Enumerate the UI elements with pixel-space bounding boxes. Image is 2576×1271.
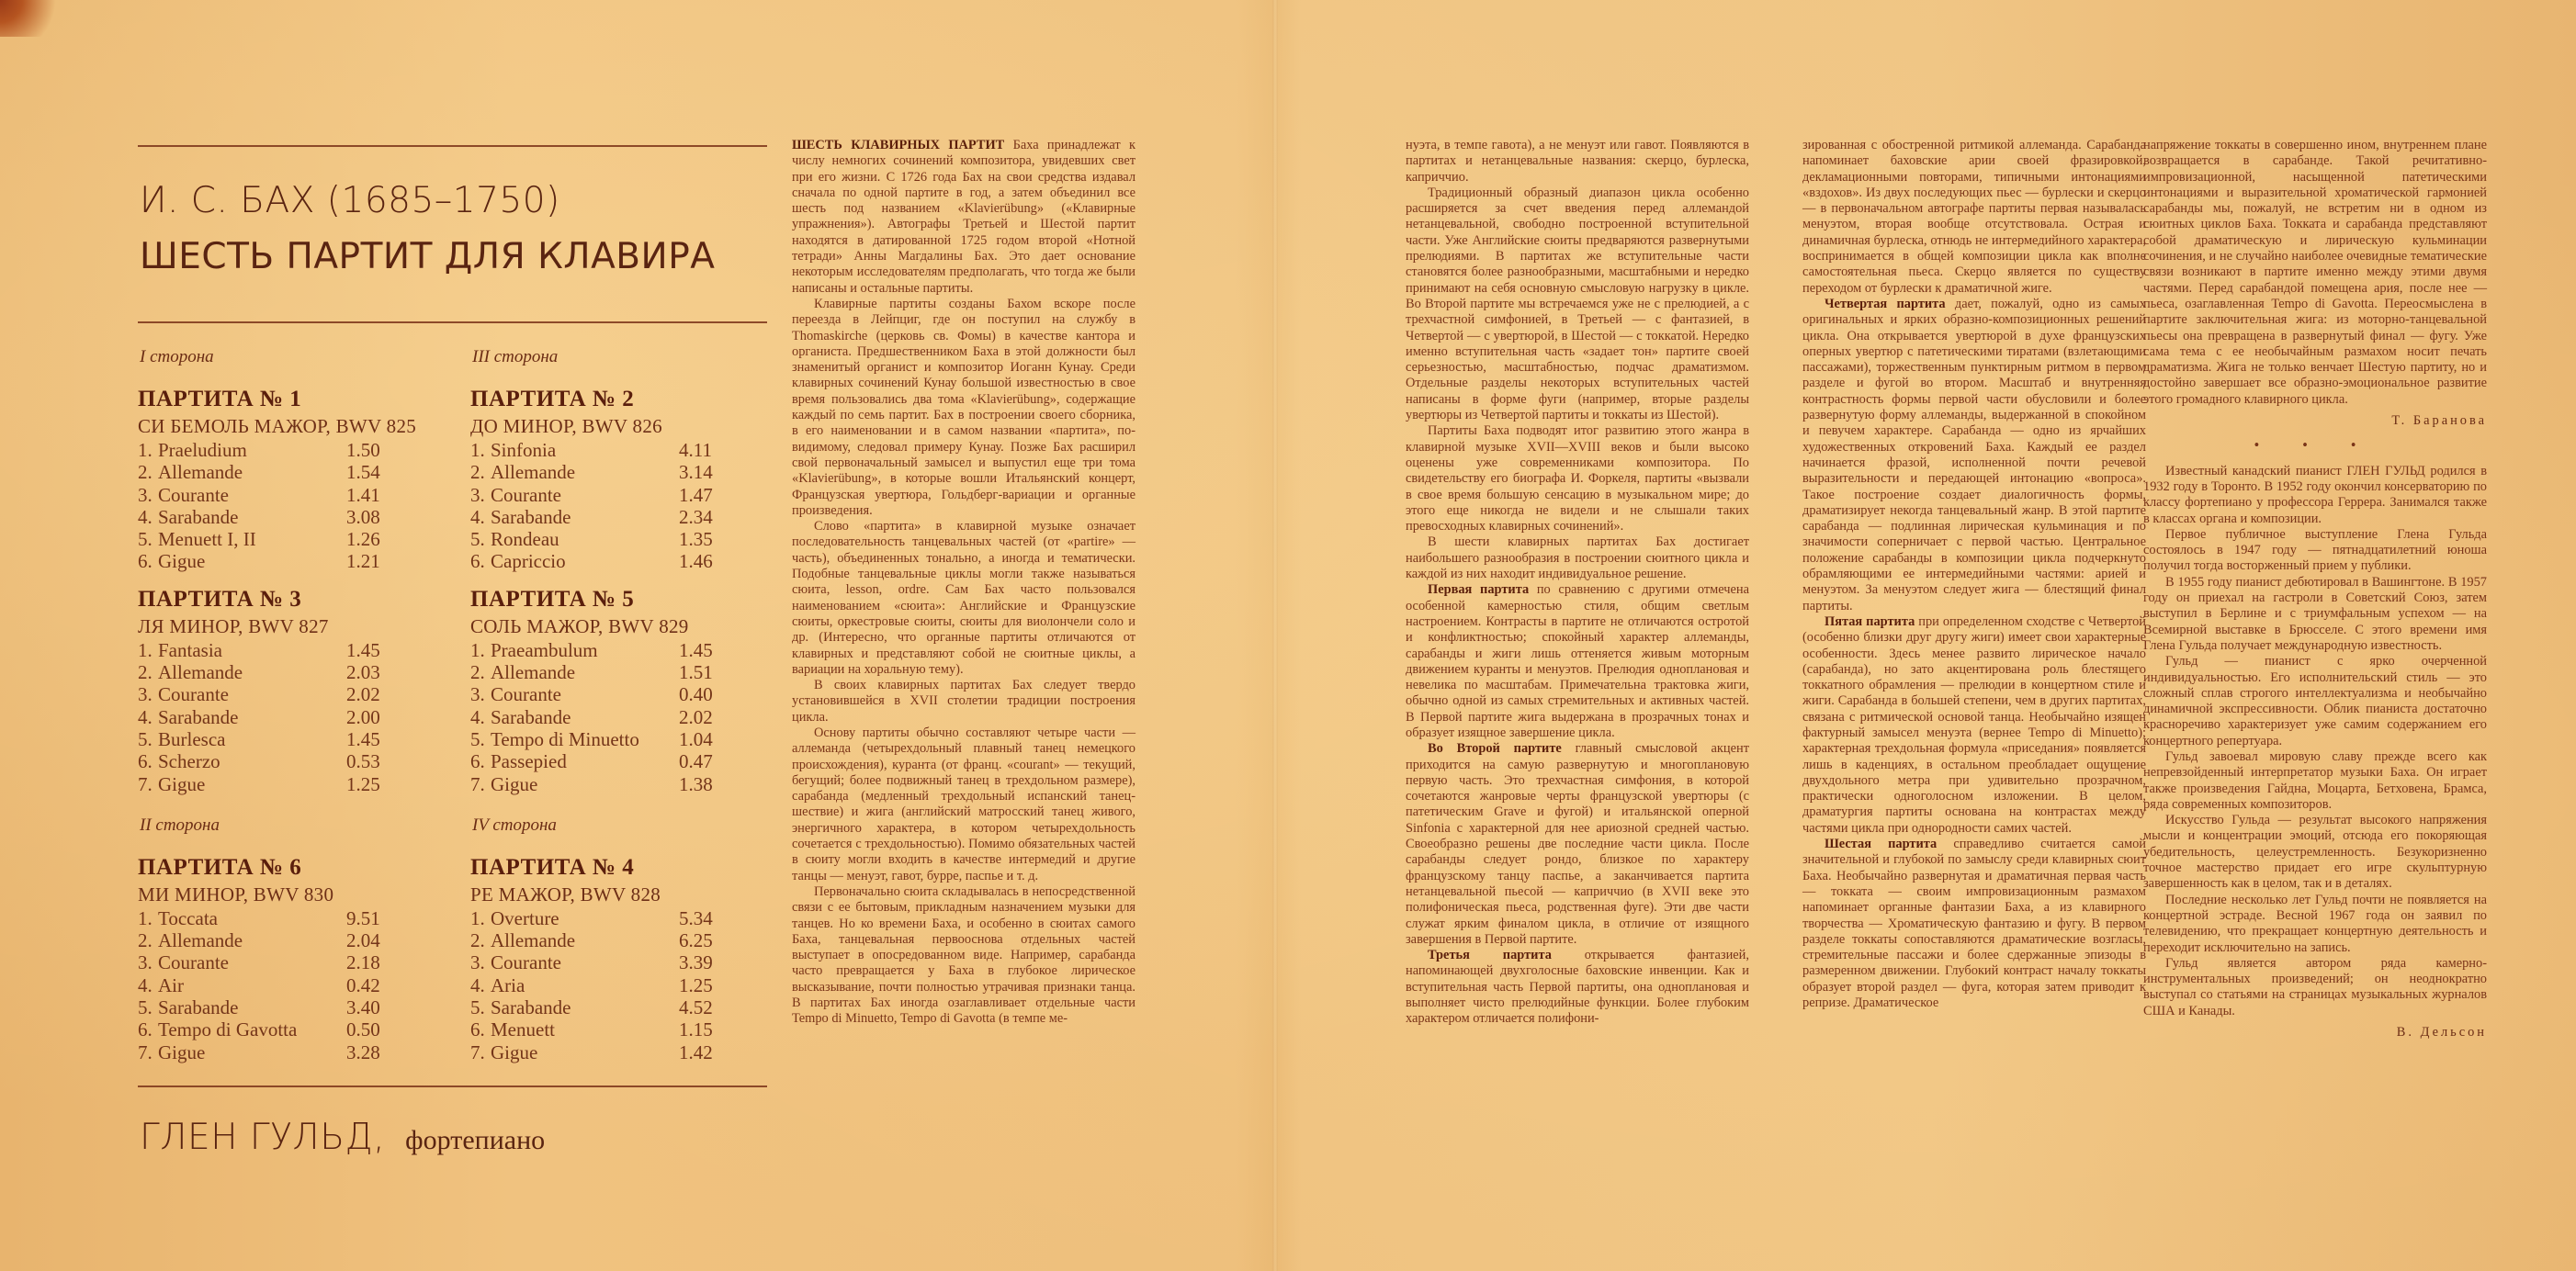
track-number: 2.	[138, 661, 158, 683]
track-row: 1.Toccata9.51	[138, 907, 470, 929]
track-number: 2.	[470, 661, 491, 683]
track-row: 4.Aria1.25	[470, 974, 767, 996]
paragraph-text: В шести клавирных партитах Бах достигает…	[1406, 534, 1749, 581]
track-title: Courante	[491, 484, 679, 506]
track-number: 2.	[470, 929, 491, 951]
track-row: 3.Courante1.47	[470, 484, 767, 506]
track-number: 6.	[470, 750, 491, 772]
paragraph-text: Традиционный образный диапазон цикла осо…	[1406, 186, 1749, 422]
track-title: Sarabande	[491, 996, 679, 1018]
track-title: Menuett	[491, 1018, 679, 1040]
track-number: 7.	[138, 773, 158, 795]
paragraph-text: Основу партиты обычно составляют четыре …	[792, 725, 1135, 883]
track-title: Allemande	[158, 929, 346, 951]
paragraph: Четвертая партита дает, пожалуй, одно из…	[1802, 297, 2146, 614]
paragraph: Гульд — пианист с ярко очерченной индиви…	[2143, 654, 2487, 749]
track-number: 3.	[470, 484, 491, 506]
track-row: 3.Courante2.02	[138, 683, 470, 705]
track-number: 4.	[138, 506, 158, 528]
track-row: 2.Allemande6.25	[470, 929, 767, 951]
track-number: 6.	[138, 550, 158, 572]
track-duration: 2.34	[679, 506, 743, 528]
track-row: 5.Menuett I, II1.26	[138, 528, 470, 550]
track-duration: 4.52	[679, 996, 743, 1018]
track-title: Allemande	[491, 461, 679, 483]
paragraph-lead: Третья партита	[1428, 948, 1552, 962]
track-duration: 2.00	[346, 706, 411, 728]
paragraph: ШЕСТЬ КЛАВИРНЫХ ПАРТИТ Баха принадлежат …	[792, 138, 1135, 297]
track-number: 5.	[470, 728, 491, 750]
paragraph-text: Гульд является автором ряда камерно-инст…	[2143, 956, 2487, 1018]
track-duration: 1.46	[679, 550, 743, 572]
partita-key: ЛЯ МИНОР, BWV 827	[138, 613, 470, 639]
track-number: 5.	[138, 996, 158, 1018]
track-row: 7.Gigue1.42	[470, 1041, 767, 1063]
track-title: Gigue	[491, 773, 679, 795]
track-duration: 1.15	[679, 1018, 743, 1040]
track-title: Scherzo	[158, 750, 346, 772]
paragraph: Основу партиты обычно составляют четыре …	[792, 725, 1135, 884]
partita-title: ПАРТИТА № 1	[138, 386, 470, 413]
track-number: 7.	[138, 1041, 158, 1063]
performer-name: ГЛЕН ГУЛЬД,	[140, 1117, 385, 1158]
track-row: 6.Gigue1.21	[138, 550, 470, 572]
paragraph: Партиты Баха подводят итог развитию этог…	[1406, 423, 1749, 534]
work-title: ШЕСТЬ ПАРТИТ ДЛЯ КЛАВИРА	[140, 228, 767, 287]
partita-block: ПАРТИТА № 1СИ БЕМОЛЬ МАЖОР, BWV 8251.Pra…	[138, 386, 470, 573]
track-row: 1.Praeambulum1.45	[470, 639, 767, 661]
track-duration: 1.42	[679, 1041, 743, 1063]
track-duration: 1.45	[346, 639, 411, 661]
track-title: Rondeau	[491, 528, 679, 550]
partita-block: ПАРТИТА № 3ЛЯ МИНОР, BWV 8271.Fantasia1.…	[138, 586, 470, 795]
track-title: Courante	[158, 683, 346, 705]
track-number: 4.	[470, 974, 491, 996]
track-number: 1.	[470, 907, 491, 929]
paragraph-text: Баха принадлежат к числу немногих сочине…	[792, 138, 1135, 296]
paragraph-text: Слово «партита» в клавирной музыке означ…	[792, 519, 1135, 677]
track-title: Allemande	[158, 461, 346, 483]
track-duration: 1.51	[679, 661, 743, 683]
track-row: 4.Sarabande2.34	[470, 506, 767, 528]
paragraph: В шести клавирных партитах Бах достигает…	[1406, 534, 1749, 582]
track-title: Passepied	[491, 750, 679, 772]
paragraph: Известный канадский пианист ГЛЕН ГУЛЬД р…	[2143, 464, 2487, 527]
track-duration: 3.14	[679, 461, 743, 483]
partita-block: ПАРТИТА № 2ДО МИНОР, BWV 8261.Sinfonia4.…	[470, 386, 767, 573]
track-number: 1.	[470, 639, 491, 661]
track-row: 3.Courante0.40	[470, 683, 767, 705]
paragraph-text: В своих клавирных партитах Бах следует т…	[792, 678, 1135, 725]
track-number: 4.	[138, 706, 158, 728]
track-row: 4.Sarabande2.02	[470, 706, 767, 728]
tracklist-column-left: I сторонаПАРТИТА № 1СИ БЕМОЛЬ МАЖОР, BWV…	[138, 347, 470, 1076]
tracklist-grid: I сторонаПАРТИТА № 1СИ БЕМОЛЬ МАЖОР, BWV…	[138, 347, 767, 1076]
track-row: 6.Passepied0.47	[470, 750, 767, 772]
track-title: Courante	[158, 484, 346, 506]
track-row: 1.Praeludium1.50	[138, 439, 470, 461]
track-row: 4.Sarabande3.08	[138, 506, 470, 528]
paragraph-text: Гульд завоевал мировую славу прежде всег…	[2143, 749, 2487, 812]
performer-block: ГЛЕН ГУЛЬД, фортепиано	[138, 1085, 767, 1158]
track-number: 4.	[138, 974, 158, 996]
paragraph: Первоначально сюита складывалась в непос…	[792, 884, 1135, 1028]
paragraph-text: Первое публичное выступление Глена Гульд…	[2143, 527, 2487, 574]
track-number: 6.	[470, 1018, 491, 1040]
paragraph-text: Первоначально сюита складывалась в непос…	[792, 884, 1135, 1026]
track-number: 3.	[470, 683, 491, 705]
track-row: 7.Gigue1.25	[138, 773, 470, 795]
track-number: 3.	[138, 683, 158, 705]
partita-block: ПАРТИТА № 4РЕ МАЖОР, BWV 8281.Overture5.…	[470, 854, 767, 1063]
paragraph: зированная с обостренной ритмикой аллема…	[1802, 138, 2146, 297]
track-row: 2.Allemande1.51	[470, 661, 767, 683]
paragraph-text: справедливо считается самой значительной…	[1802, 837, 2146, 1010]
track-title: Gigue	[158, 550, 346, 572]
track-number: 5.	[470, 528, 491, 550]
paragraph-lead: Шестая партита	[1825, 837, 1937, 851]
paragraph: нуэта, в темпе гавота), а не менуэт или …	[1406, 138, 1749, 186]
track-number: 5.	[138, 528, 158, 550]
track-row: 5.Sarabande4.52	[470, 996, 767, 1018]
paragraph: В своих клавирных партитах Бах следует т…	[792, 678, 1135, 725]
side-label: IV сторона	[472, 815, 767, 836]
track-row: 6.Tempo di Gavotta0.50	[138, 1018, 470, 1040]
track-title: Sinfonia	[491, 439, 679, 461]
author-signature-delson: В. Дельсон	[2143, 1025, 2487, 1040]
paragraph: напряжение токкаты в совершенно ином, вн…	[2143, 138, 2487, 408]
track-number: 6.	[138, 750, 158, 772]
track-duration: 1.04	[679, 728, 743, 750]
paragraph: Слово «партита» в клавирной музыке означ…	[792, 519, 1135, 678]
track-duration: 9.51	[346, 907, 411, 929]
track-title: Capriccio	[491, 550, 679, 572]
track-number: 1.	[138, 907, 158, 929]
partita-title: ПАРТИТА № 6	[138, 854, 470, 882]
track-number: 1.	[138, 439, 158, 461]
paragraph-text: напряжение токкаты в совершенно ином, вн…	[2143, 138, 2487, 407]
liner-notes-column-4: напряжение токкаты в совершенно ином, вн…	[2143, 138, 2487, 1050]
paragraph: Последние несколько лет Гульд почти не п…	[2143, 893, 2487, 956]
paragraph-text: Клавирные партиты созданы Бахом вскоре п…	[792, 297, 1135, 518]
track-number: 2.	[138, 929, 158, 951]
paragraph: Традиционный образный диапазон цикла осо…	[1406, 186, 1749, 423]
paragraph: В 1955 году пианист дебютировал в Вашинг…	[2143, 575, 2487, 654]
paragraph-text: Партиты Баха подводят итог развитию этог…	[1406, 423, 1749, 534]
track-row: 3.Courante2.18	[138, 951, 470, 973]
track-title: Courante	[491, 683, 679, 705]
paragraph-text: нуэта, в темпе гавота), а не менуэт или …	[1406, 138, 1749, 185]
track-title: Gigue	[491, 1041, 679, 1063]
liner-notes-column-2: нуэта, в темпе гавота), а не менуэт или …	[1406, 138, 1749, 1028]
track-duration: 1.38	[679, 773, 743, 795]
paragraph-text: Гульд — пианист с ярко очерченной индиви…	[2143, 654, 2487, 748]
paragraph-text: Последние несколько лет Гульд почти не п…	[2143, 893, 2487, 955]
track-duration: 3.08	[346, 506, 411, 528]
track-duration: 1.50	[346, 439, 411, 461]
partita-key: СОЛЬ МАЖОР, BWV 829	[470, 613, 767, 639]
partita-title: ПАРТИТА № 5	[470, 586, 767, 613]
track-number: 7.	[470, 773, 491, 795]
composer-heading: И. С. БАХ (1685–1750)	[140, 174, 767, 228]
track-row: 3.Courante1.41	[138, 484, 470, 506]
track-row: 5.Burlesca1.45	[138, 728, 470, 750]
paragraph-lead: Четвертая партита	[1825, 297, 1946, 311]
tracklist-column-right: III сторонаПАРТИТА № 2ДО МИНОР, BWV 8261…	[470, 347, 767, 1076]
paragraph-text: главный смысловой акцент приходится на с…	[1406, 741, 1749, 947]
track-number: 3.	[138, 484, 158, 506]
track-duration: 1.35	[679, 528, 743, 550]
track-row: 6.Menuett1.15	[470, 1018, 767, 1040]
track-title: Sarabande	[158, 506, 346, 528]
track-row: 7.Gigue3.28	[138, 1041, 470, 1063]
track-number: 6.	[138, 1018, 158, 1040]
track-duration: 1.47	[679, 484, 743, 506]
track-row: 2.Allemande1.54	[138, 461, 470, 483]
paragraph-text: Искусство Гульда — результат высокого на…	[2143, 813, 2487, 891]
paragraph-text: по сравнению с другими отмечена особенно…	[1406, 582, 1749, 740]
track-number: 2.	[138, 461, 158, 483]
track-duration: 0.47	[679, 750, 743, 772]
partita-block: ПАРТИТА № 5СОЛЬ МАЖОР, BWV 8291.Praeambu…	[470, 586, 767, 795]
partita-key: ДО МИНОР, BWV 826	[470, 413, 767, 439]
liner-notes-column-1: ШЕСТЬ КЛАВИРНЫХ ПАРТИТ Баха принадлежат …	[792, 138, 1135, 1028]
track-duration: 3.39	[679, 951, 743, 973]
track-number: 5.	[138, 728, 158, 750]
track-row: 6.Scherzo0.53	[138, 750, 470, 772]
track-duration: 1.45	[679, 639, 743, 661]
album-title-block: И. С. БАХ (1685–1750) ШЕСТЬ ПАРТИТ ДЛЯ К…	[138, 147, 767, 321]
corner-stain	[0, 0, 64, 37]
track-duration: 3.28	[346, 1041, 411, 1063]
track-row: 5.Tempo di Minuetto1.04	[470, 728, 767, 750]
track-number: 3.	[470, 951, 491, 973]
track-title: Burlesca	[158, 728, 346, 750]
track-title: Allemande	[158, 661, 346, 683]
track-title: Sarabande	[158, 706, 346, 728]
track-duration: 2.02	[346, 683, 411, 705]
track-title: Toccata	[158, 907, 346, 929]
track-duration: 4.11	[679, 439, 743, 461]
track-title: Gigue	[158, 1041, 346, 1063]
track-row: 6.Capriccio1.46	[470, 550, 767, 572]
track-duration: 1.25	[679, 974, 743, 996]
track-title: Courante	[158, 951, 346, 973]
track-duration: 1.25	[346, 773, 411, 795]
track-title: Tempo di Gavotta	[158, 1018, 346, 1040]
track-number: 1.	[138, 639, 158, 661]
track-number: 7.	[470, 1041, 491, 1063]
track-duration: 5.34	[679, 907, 743, 929]
tracklist-panel: И. С. БАХ (1685–1750) ШЕСТЬ ПАРТИТ ДЛЯ К…	[138, 138, 767, 1158]
track-title: Air	[158, 974, 346, 996]
paragraph-lead: ШЕСТЬ КЛАВИРНЫХ ПАРТИТ	[792, 138, 1004, 152]
track-number: 1.	[470, 439, 491, 461]
track-title: Fantasia	[158, 639, 346, 661]
track-row: 3.Courante3.39	[470, 951, 767, 973]
paragraph: Гульд является автором ряда камерно-инст…	[2143, 956, 2487, 1019]
track-row: 5.Rondeau1.35	[470, 528, 767, 550]
partita-key: РЕ МАЖОР, BWV 828	[470, 882, 767, 907]
track-duration: 0.40	[679, 683, 743, 705]
gatefold-seam	[1272, 0, 1278, 1271]
track-number: 5.	[470, 996, 491, 1018]
paragraph: Гульд завоевал мировую славу прежде всег…	[2143, 749, 2487, 813]
track-row: 4.Air0.42	[138, 974, 470, 996]
paragraph: Клавирные партиты созданы Бахом вскоре п…	[792, 297, 1135, 519]
track-row: 4.Sarabande2.00	[138, 706, 470, 728]
track-row: 5.Sarabande3.40	[138, 996, 470, 1018]
track-title: Menuett I, II	[158, 528, 346, 550]
track-duration: 1.41	[346, 484, 411, 506]
track-number: 3.	[138, 951, 158, 973]
track-title: Tempo di Minuetto	[491, 728, 679, 750]
paragraph-text: В 1955 году пианист дебютировал в Вашинг…	[2143, 575, 2487, 653]
partita-key: СИ БЕМОЛЬ МАЖОР, BWV 825	[138, 413, 470, 439]
track-duration: 3.40	[346, 996, 411, 1018]
track-number: 2.	[470, 461, 491, 483]
side-label: I сторона	[140, 347, 470, 367]
track-duration: 2.04	[346, 929, 411, 951]
track-number: 4.	[470, 706, 491, 728]
paragraph-text: Известный канадский пианист ГЛЕН ГУЛЬД р…	[2143, 464, 2487, 526]
paragraph: Первое публичное выступление Глена Гульд…	[2143, 527, 2487, 575]
track-duration: 2.03	[346, 661, 411, 683]
track-row: 1.Sinfonia4.11	[470, 439, 767, 461]
track-title: Gigue	[158, 773, 346, 795]
track-row: 2.Allemande2.03	[138, 661, 470, 683]
title-rule	[138, 321, 767, 323]
track-title: Aria	[491, 974, 679, 996]
section-separator: • • •	[2143, 438, 2487, 454]
track-title: Allemande	[491, 929, 679, 951]
track-duration: 0.50	[346, 1018, 411, 1040]
partita-title: ПАРТИТА № 3	[138, 586, 470, 613]
paragraph: Искусство Гульда — результат высокого на…	[2143, 813, 2487, 892]
track-number: 6.	[470, 550, 491, 572]
track-duration: 1.26	[346, 528, 411, 550]
track-row: 2.Allemande3.14	[470, 461, 767, 483]
track-row: 1.Overture5.34	[470, 907, 767, 929]
track-title: Praeambulum	[491, 639, 679, 661]
paragraph-lead: Пятая партита	[1825, 614, 1915, 629]
author-signature-baranova: Т. Баранова	[2143, 413, 2487, 429]
partita-title: ПАРТИТА № 2	[470, 386, 767, 413]
track-title: Courante	[491, 951, 679, 973]
top-rule	[138, 145, 767, 147]
track-number: 4.	[470, 506, 491, 528]
paragraph: Шестая партита справедливо считается сам…	[1802, 837, 2146, 1011]
paragraph-lead: Во Второй партите	[1428, 741, 1562, 756]
track-title: Sarabande	[491, 706, 679, 728]
track-title: Overture	[491, 907, 679, 929]
partita-title: ПАРТИТА № 4	[470, 854, 767, 882]
track-duration: 1.54	[346, 461, 411, 483]
paragraph: Первая партита по сравнению с другими от…	[1406, 582, 1749, 741]
track-title: Sarabande	[491, 506, 679, 528]
paragraph-text: при определенном сходстве с Четвертой (о…	[1802, 614, 2146, 836]
track-row: 7.Gigue1.38	[470, 773, 767, 795]
track-title: Allemande	[491, 661, 679, 683]
performer-rule	[138, 1085, 767, 1087]
liner-notes-column-3: зированная с обостренной ритмикой аллема…	[1802, 138, 2146, 1011]
partita-block: ПАРТИТА № 6МИ МИНОР, BWV 8301.Toccata9.5…	[138, 854, 470, 1063]
track-duration: 1.21	[346, 550, 411, 572]
paragraph: Во Второй партите главный смысловой акце…	[1406, 741, 1749, 948]
track-duration: 2.02	[679, 706, 743, 728]
side-label: II сторона	[140, 815, 470, 836]
side-label: III сторона	[472, 347, 767, 367]
track-row: 1.Fantasia1.45	[138, 639, 470, 661]
track-duration: 0.53	[346, 750, 411, 772]
performer-instrument: фортепиано	[405, 1125, 545, 1156]
track-title: Sarabande	[158, 996, 346, 1018]
partita-key: МИ МИНОР, BWV 830	[138, 882, 470, 907]
paragraph: Третья партита открывается фантазией, на…	[1406, 948, 1749, 1027]
paragraph-text: дает, пожалуй, одно из самых оригинальны…	[1802, 297, 2146, 613]
track-duration: 1.45	[346, 728, 411, 750]
track-title: Praeludium	[158, 439, 346, 461]
track-duration: 0.42	[346, 974, 411, 996]
paragraph-text: зированная с обостренной ритмикой аллема…	[1802, 138, 2146, 296]
paragraph: Пятая партита при определенном сходстве …	[1802, 614, 2146, 837]
track-duration: 2.18	[346, 951, 411, 973]
track-duration: 6.25	[679, 929, 743, 951]
track-row: 2.Allemande2.04	[138, 929, 470, 951]
paragraph-lead: Первая партита	[1428, 582, 1529, 597]
